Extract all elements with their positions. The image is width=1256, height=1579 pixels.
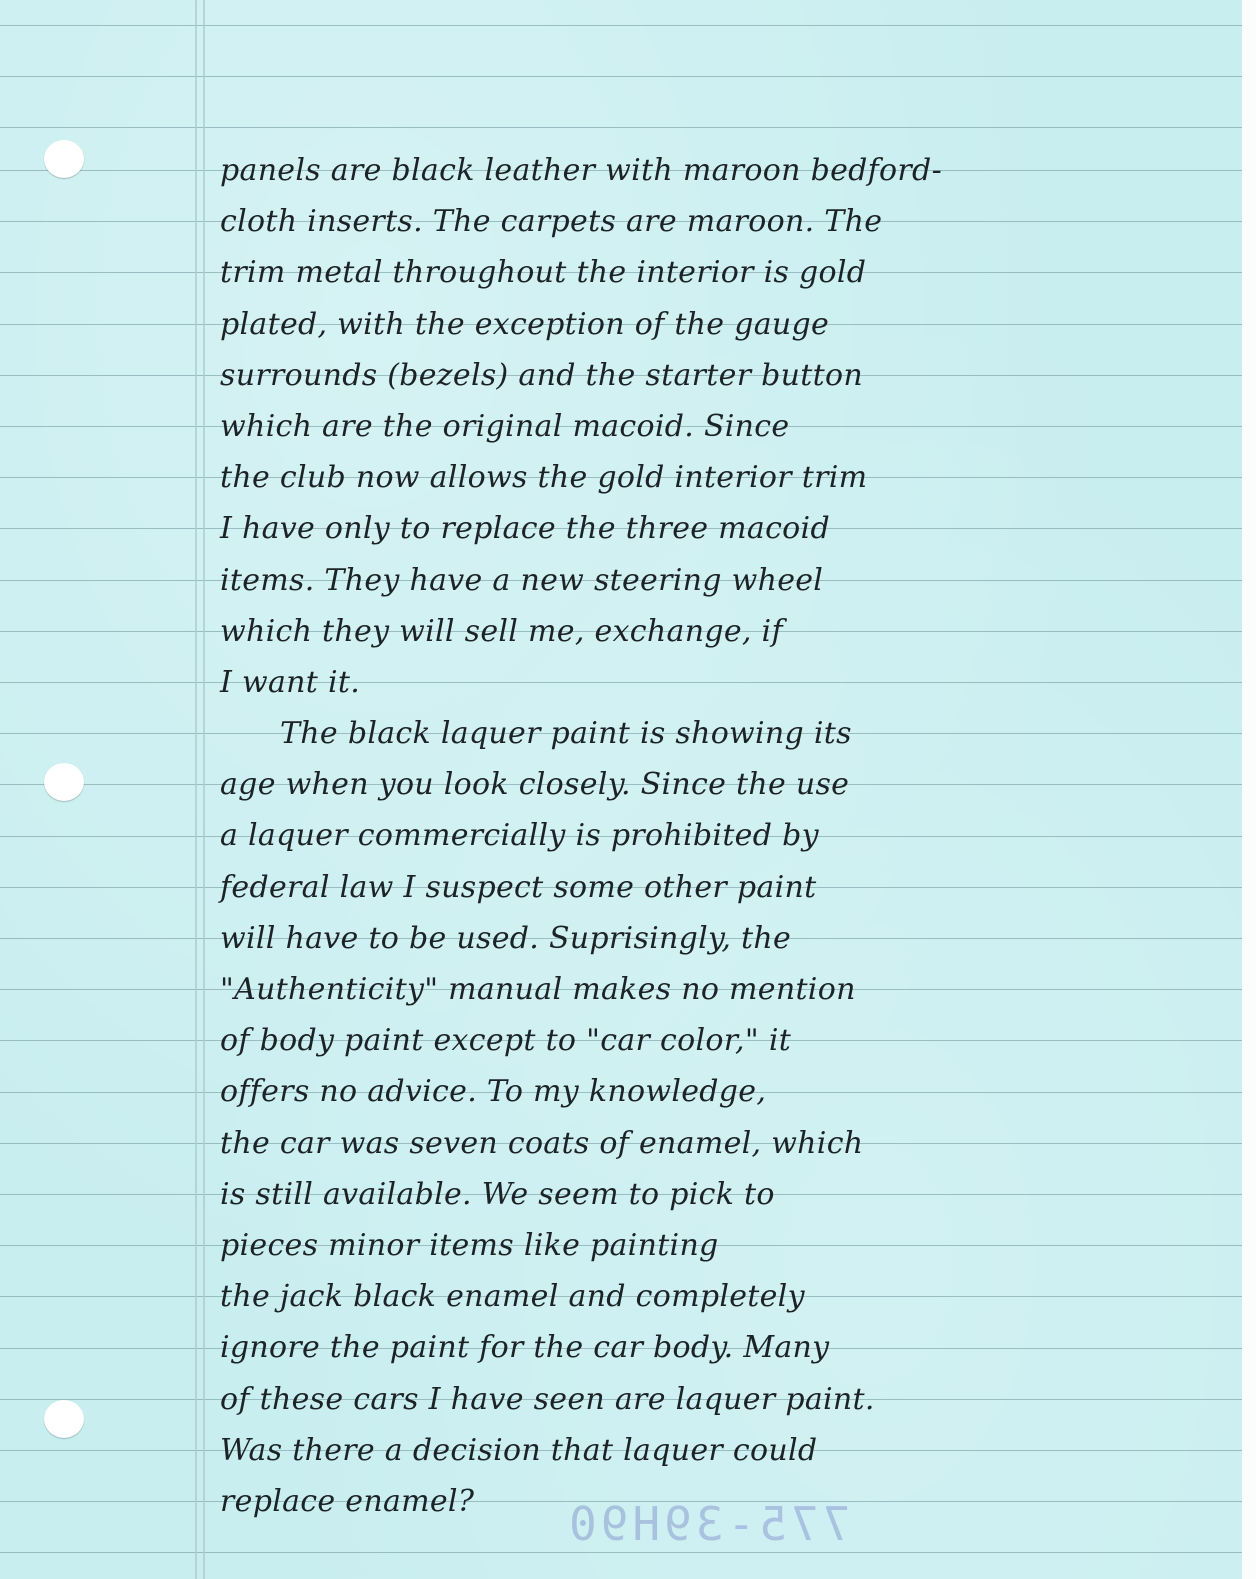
text-line: panels are black leather with maroon bed… <box>220 145 1210 196</box>
text-line: trim metal throughout the interior is go… <box>220 247 1210 298</box>
punch-hole-middle <box>44 763 84 801</box>
rule-line <box>0 1552 1242 1553</box>
rule-line <box>0 127 1242 128</box>
text-line: age when you look closely. Since the use <box>220 759 1210 810</box>
text-line: items. They have a new steering wheel <box>220 555 1210 606</box>
text-line: I want it. <box>220 657 1210 708</box>
punch-hole-top <box>44 140 84 178</box>
text-line: of these cars I have seen are laquer pai… <box>220 1374 1210 1425</box>
text-line: plated, with the exception of the gauge <box>220 299 1210 350</box>
text-line: which they will sell me, exchange, if <box>220 606 1210 657</box>
text-line: federal law I suspect some other paint <box>220 862 1210 913</box>
text-line: will have to be used. Suprisingly, the <box>220 913 1210 964</box>
text-line: the jack black enamel and completely <box>220 1271 1210 1322</box>
text-line: surrounds (bezels) and the starter butto… <box>220 350 1210 401</box>
margin-line-right <box>203 0 205 1579</box>
text-line: a laquer commercially is prohibited by <box>220 810 1210 861</box>
handwritten-text: panels are black leather with maroon bed… <box>220 145 1210 1527</box>
stamp-number: 775-39H90 <box>565 1497 850 1551</box>
text-line: cloth inserts. The carpets are maroon. T… <box>220 196 1210 247</box>
text-line: which are the original macoid. Since <box>220 401 1210 452</box>
text-line: offers no advice. To my knowledge, <box>220 1066 1210 1117</box>
text-line: I have only to replace the three macoid <box>220 503 1210 554</box>
text-line: "Authenticity" manual makes no mention <box>220 964 1210 1015</box>
text-line: the car was seven coats of enamel, which <box>220 1118 1210 1169</box>
rule-line <box>0 25 1242 26</box>
rule-line <box>0 76 1242 77</box>
text-line: ignore the paint for the car body. Many <box>220 1322 1210 1373</box>
margin-line-left <box>195 0 197 1579</box>
notebook-paper: panels are black leather with maroon bed… <box>0 0 1242 1579</box>
text-line: is still available. We seem to pick to <box>220 1169 1210 1220</box>
text-line: Was there a decision that laquer could <box>220 1425 1210 1476</box>
text-line: of body paint except to "car color," it <box>220 1015 1210 1066</box>
text-line: The black laquer paint is showing its <box>220 708 1210 759</box>
text-line: pieces minor items like painting <box>220 1220 1210 1271</box>
text-line: the club now allows the gold interior tr… <box>220 452 1210 503</box>
punch-hole-bottom <box>44 1400 84 1438</box>
